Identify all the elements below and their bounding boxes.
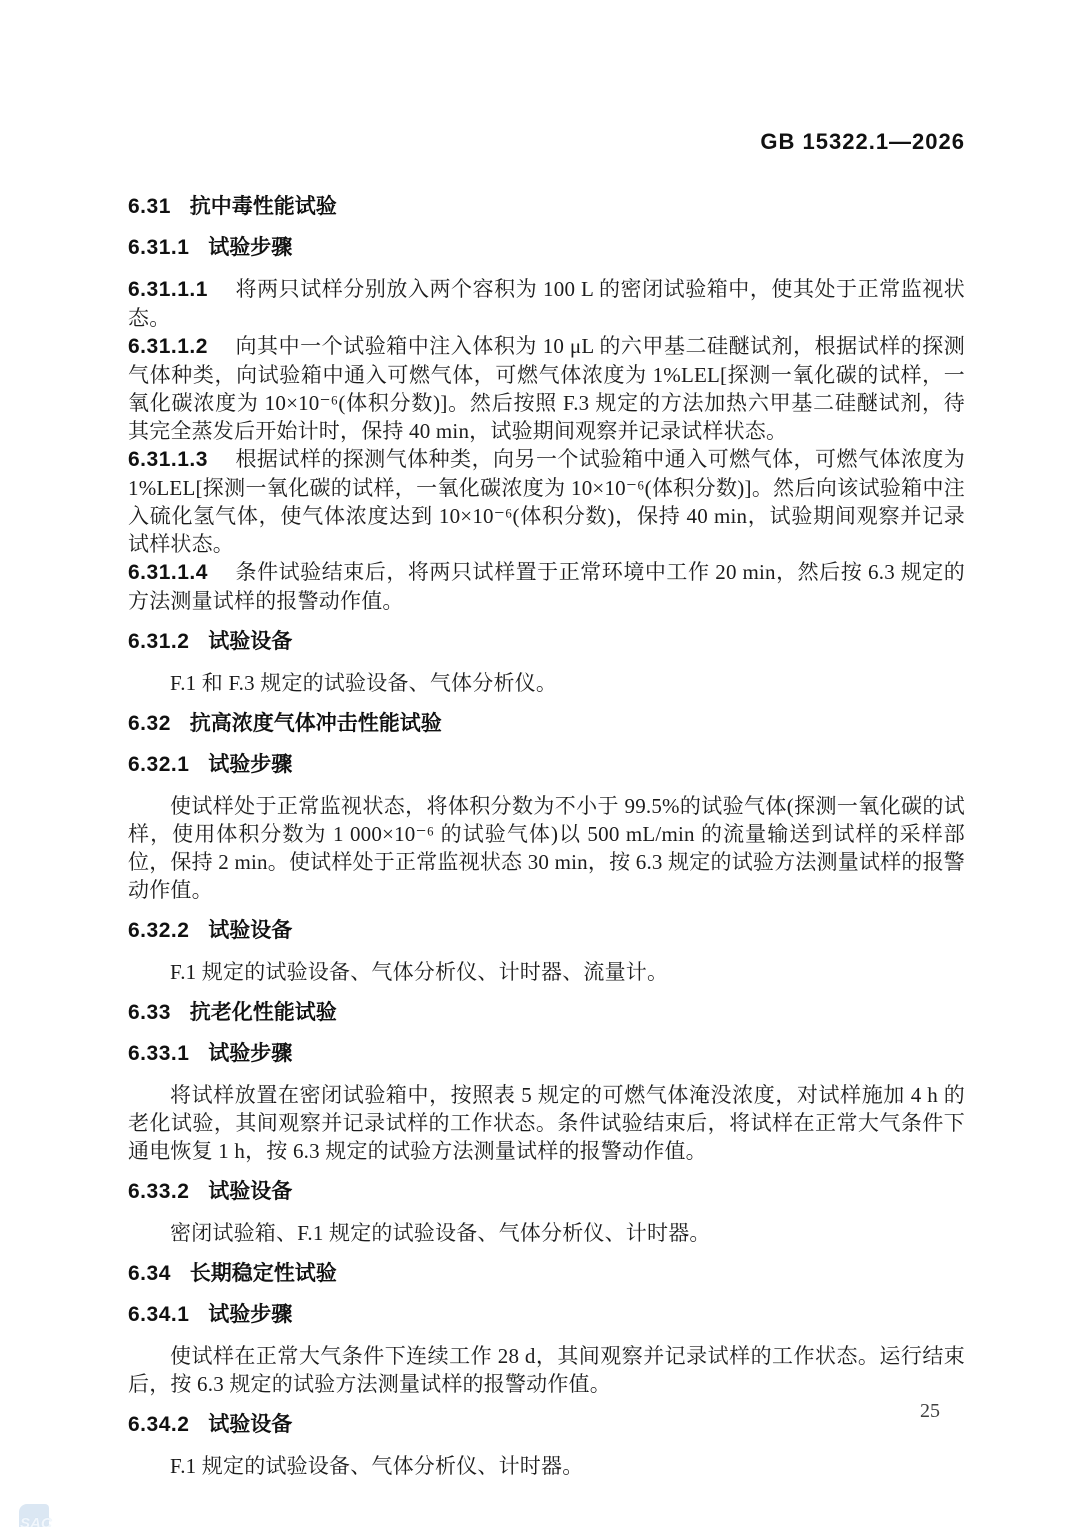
- clause-heading: 6.34.2试验设备: [128, 1411, 965, 1439]
- clause-heading: 6.32抗高浓度气体冲击性能试验: [128, 710, 965, 738]
- standard-number: GB 15322.1—2026: [760, 129, 965, 154]
- clause-text: 条件试验结束后，将两只试样置于正常环境中工作 20 min，然后按 6.3 规定…: [128, 560, 965, 613]
- page-content: GB 15322.1—2026 6.31抗中毒性能试验6.31.1试验步骤6.3…: [128, 0, 965, 1492]
- numbered-paragraph: 6.31.1.1将两只试样分别放入两个容积为 100 L 的密闭试验箱中，使其处…: [128, 275, 965, 332]
- clause-title: 抗老化性能试验: [190, 1001, 337, 1024]
- clause-number: 6.31.1.1: [128, 278, 208, 301]
- clause-number: 6.31.1: [128, 236, 189, 259]
- body-paragraph: F.1 规定的试验设备、气体分析仪、计时器、流量计。: [128, 958, 965, 986]
- clause-heading: 6.31抗中毒性能试验: [128, 193, 965, 221]
- body-paragraph: F.1 规定的试验设备、气体分析仪、计时器。: [128, 1452, 965, 1480]
- clause-number: 6.31: [128, 195, 171, 218]
- clause-title: 试验设备: [208, 630, 292, 653]
- clause-number: 6.32: [128, 712, 171, 735]
- clause-title: 试验步骤: [208, 1303, 292, 1326]
- numbered-paragraph: 6.31.1.4条件试验结束后，将两只试样置于正常环境中工作 20 min，然后…: [128, 558, 965, 615]
- body-paragraph: 将试样放置在密闭试验箱中，按照表 5 规定的可燃气体淹没浓度，对试样施加 4 h…: [128, 1081, 965, 1165]
- clause-number: 6.31.2: [128, 630, 189, 653]
- clause-title: 试验步骤: [208, 236, 292, 259]
- body-paragraph: 密闭试验箱、F.1 规定的试验设备、气体分析仪、计时器。: [128, 1219, 965, 1247]
- document-page: GB 15322.1—2026 6.31抗中毒性能试验6.31.1试验步骤6.3…: [0, 0, 1080, 1527]
- clause-number: 6.33: [128, 1001, 171, 1024]
- document-body: 6.31抗中毒性能试验6.31.1试验步骤6.31.1.1将两只试样分别放入两个…: [128, 193, 965, 1480]
- page-number: 25: [920, 1400, 940, 1423]
- clause-number: 6.32.2: [128, 919, 189, 942]
- numbered-paragraph: 6.31.1.3根据试样的探测气体种类，向另一个试验箱中通入可燃气体，可燃气体浓…: [128, 445, 965, 558]
- clause-heading: 6.34.1试验步骤: [128, 1301, 965, 1329]
- body-paragraph: 使试样处于正常监视状态，将体积分数为不小于 99.5%的试验气体(探测一氧化碳的…: [128, 792, 965, 904]
- clause-title: 抗中毒性能试验: [190, 195, 337, 218]
- clause-number: 6.31.1.3: [128, 448, 208, 471]
- clause-heading: 6.32.1试验步骤: [128, 751, 965, 779]
- numbered-paragraph: 6.31.1.2向其中一个试验箱中注入体积为 10 μL 的六甲基二硅醚试剂，根…: [128, 332, 965, 445]
- clause-number: 6.33.2: [128, 1180, 189, 1203]
- clause-text: 向其中一个试验箱中注入体积为 10 μL 的六甲基二硅醚试剂，根据试样的探测气体…: [128, 334, 965, 443]
- clause-heading: 6.32.2试验设备: [128, 917, 965, 945]
- clause-number: 6.31.1.4: [128, 561, 208, 584]
- sac-watermark-label: SAC: [20, 1515, 52, 1527]
- clause-title: 试验设备: [208, 1413, 292, 1436]
- clause-number: 6.32.1: [128, 753, 189, 776]
- clause-heading: 6.34长期稳定性试验: [128, 1260, 965, 1288]
- clause-text: 根据试样的探测气体种类，向另一个试验箱中通入可燃气体，可燃气体浓度为 1%LEL…: [128, 447, 965, 556]
- clause-title: 抗高浓度气体冲击性能试验: [190, 712, 442, 735]
- clause-heading: 6.33.1试验步骤: [128, 1040, 965, 1068]
- clause-title: 长期稳定性试验: [190, 1262, 337, 1285]
- clause-heading: 6.31.1试验步骤: [128, 234, 965, 262]
- clause-number: 6.34.2: [128, 1413, 189, 1436]
- page-header: GB 15322.1—2026: [128, 128, 965, 156]
- clause-heading: 6.33.2试验设备: [128, 1178, 965, 1206]
- clause-title: 试验步骤: [208, 753, 292, 776]
- clause-title: 试验设备: [208, 1180, 292, 1203]
- clause-number: 6.33.1: [128, 1042, 189, 1065]
- clause-title: 试验设备: [208, 919, 292, 942]
- clause-number: 6.34: [128, 1262, 171, 1285]
- clause-text: 将两只试样分别放入两个容积为 100 L 的密闭试验箱中，使其处于正常监视状态。: [128, 277, 965, 330]
- clause-heading: 6.31.2试验设备: [128, 628, 965, 656]
- body-paragraph: 使试样在正常大气条件下连续工作 28 d，其间观察并记录试样的工作状态。运行结束…: [128, 1342, 965, 1398]
- clause-number: 6.31.1.2: [128, 335, 208, 358]
- sac-watermark-logo: SAC: [19, 1504, 49, 1527]
- clause-heading: 6.33抗老化性能试验: [128, 999, 965, 1027]
- clause-number: 6.34.1: [128, 1303, 189, 1326]
- clause-title: 试验步骤: [208, 1042, 292, 1065]
- body-paragraph: F.1 和 F.3 规定的试验设备、气体分析仪。: [128, 669, 965, 697]
